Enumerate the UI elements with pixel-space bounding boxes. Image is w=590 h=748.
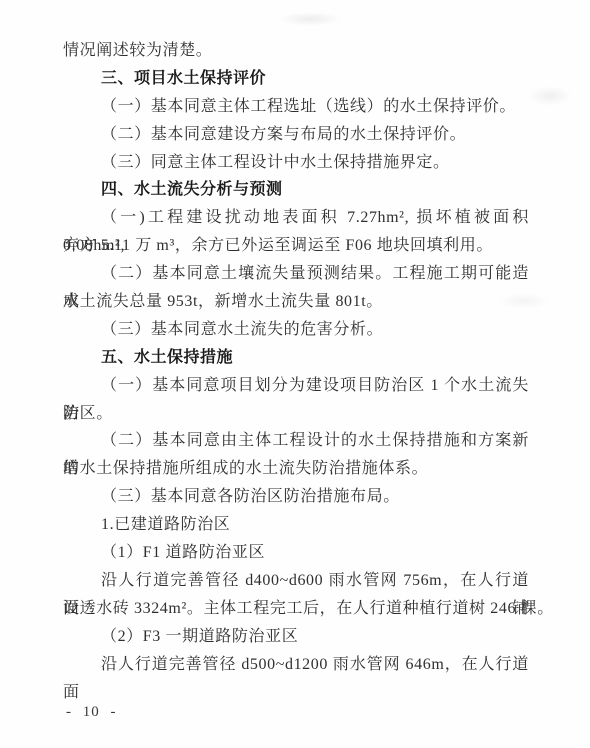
section-heading: 三、项目水土保持评价 — [63, 65, 529, 93]
text-line: （三）基本同意各防治区防治措施布局。 — [63, 483, 529, 511]
text-line: 的水土保持措施所组成的水土流失防治措施体系。 — [63, 455, 529, 483]
section-heading: 四、水土流失分析与预测 — [63, 176, 529, 204]
text-line: 设透水砖 3324m²。主体工程完工后，在人行道种植行道树 246 棵。 — [63, 595, 529, 623]
section-heading: 五、水土保持措施 — [63, 344, 529, 372]
text-line: （1）F1 道路防治亚区 — [63, 539, 529, 567]
page-footer: - 10 - — [66, 702, 117, 722]
page-number: - 10 - — [66, 704, 117, 720]
text-line: （2）F3 一期道路防治亚区 — [63, 623, 529, 651]
text-line: 水土流失总量 953t，新增水土流失量 801t。 — [63, 288, 529, 316]
text-line: 沿人行道完善管径 d500~d1200 雨水管网 646m，在人行道面 — [63, 651, 529, 679]
document-page: 情况阐述较为清楚。三、项目水土保持评价（一）基本同意主体工程选址（选线）的水土保… — [0, 0, 590, 748]
text-line: （二）基本同意建设方案与布局的水土保持评价。 — [63, 121, 529, 149]
text-line: （三）基本同意水土流失的危害分析。 — [63, 316, 529, 344]
text-line: （一)工程建设扰动地表面积 7.27hm², 损坏植被面积 0.08hm², — [63, 204, 529, 232]
text-line: 治区。 — [63, 400, 529, 428]
document-body: 情况阐述较为清楚。三、项目水土保持评价（一）基本同意主体工程选址（选线）的水土保… — [63, 37, 529, 678]
text-line: （二）基本同意由主体工程设计的水土保持措施和方案新增 — [63, 427, 529, 455]
text-line: （一）基本同意项目划分为建设项目防治区 1 个水土流失防 — [63, 372, 529, 400]
text-line: 弃方 5.11 万 m³，余方已外运至调运至 F06 地块回填利用。 — [63, 232, 529, 260]
text-line: 情况阐述较为清楚。 — [63, 37, 529, 65]
scan-smudge — [528, 86, 572, 106]
text-line: 沿人行道完善管径 d400~d600 雨水管网 756m，在人行道面铺 — [63, 567, 529, 595]
text-line: （二）基本同意土壤流失量预测结果。工程施工期可能造成 — [63, 260, 529, 288]
text-line: 1.已建道路防治区 — [63, 511, 529, 539]
scan-smudge — [278, 12, 342, 26]
text-line: （一）基本同意主体工程选址（选线）的水土保持评价。 — [63, 93, 529, 121]
text-line: （三）同意主体工程设计中水土保持措施界定。 — [63, 149, 529, 177]
